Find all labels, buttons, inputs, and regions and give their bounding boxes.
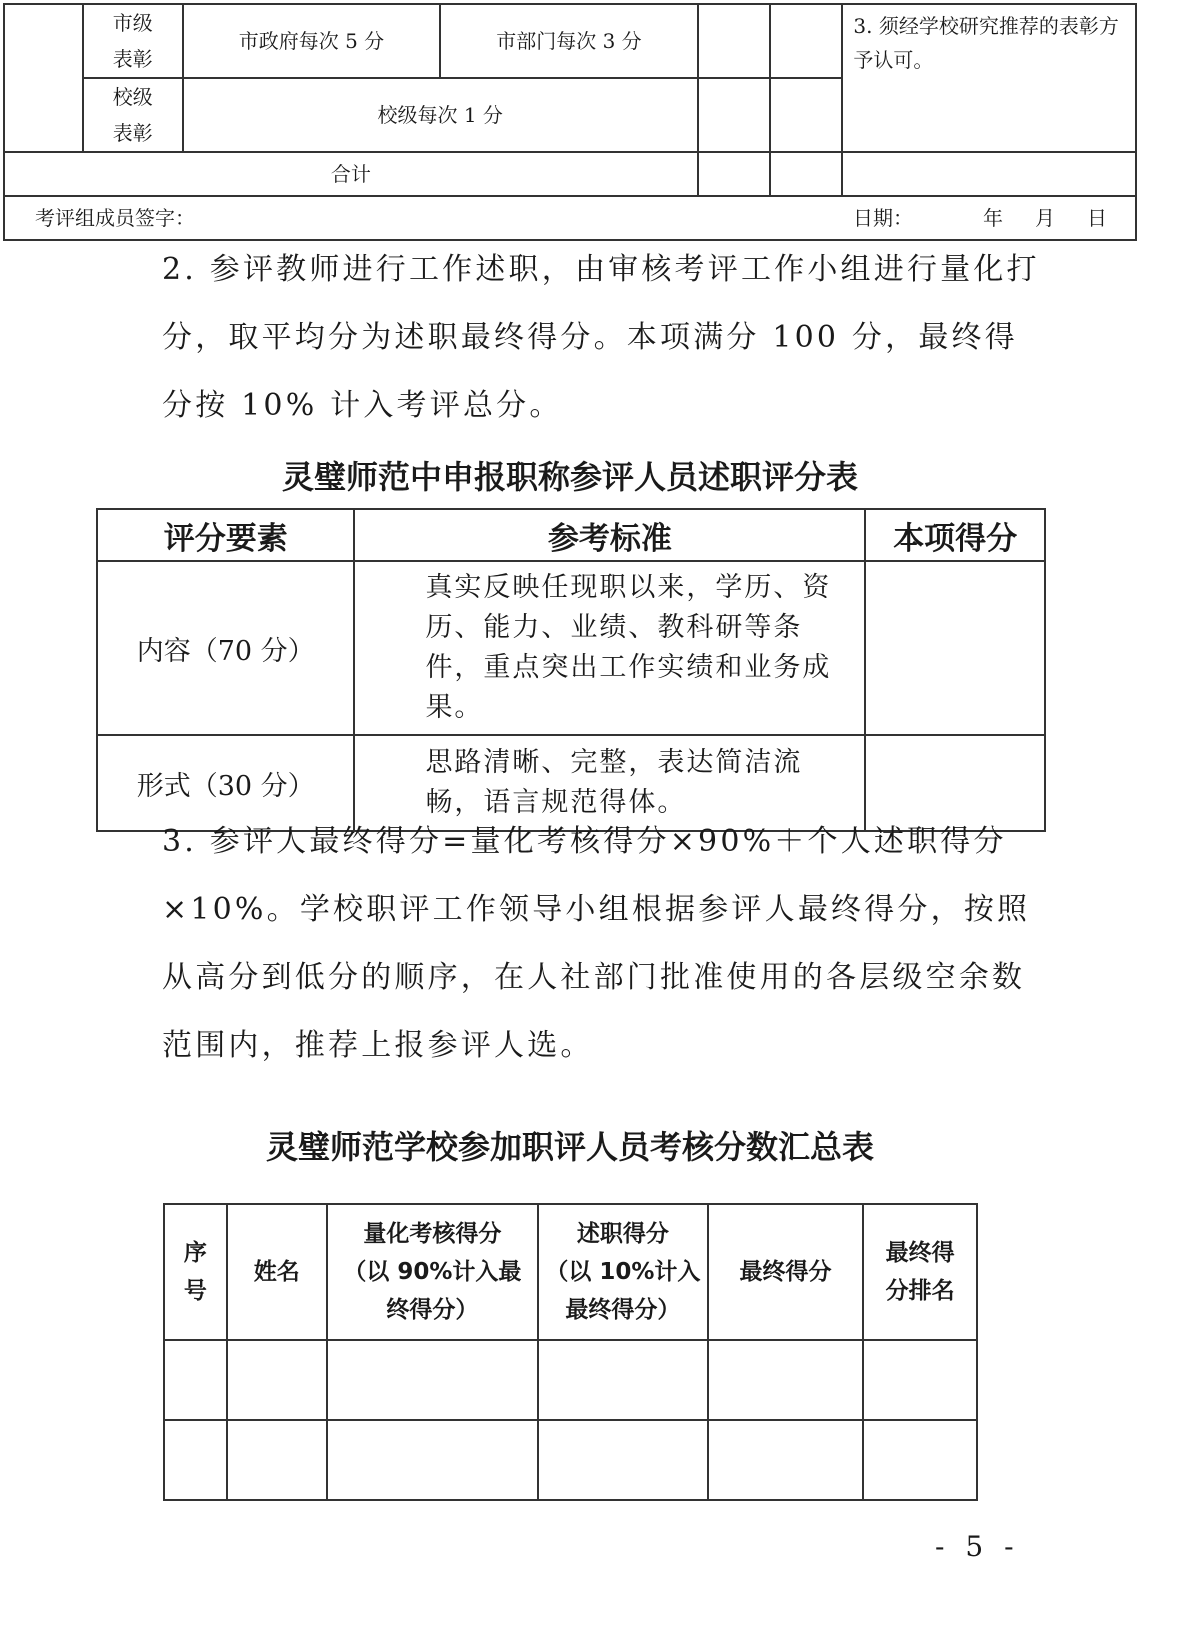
score-input-cell[interactable] <box>770 78 843 152</box>
page-number: - 5 - <box>935 1530 1020 1563</box>
cell-report-score[interactable] <box>538 1340 708 1420</box>
total-label: 合计 <box>4 152 698 196</box>
cell-final-score[interactable] <box>708 1340 864 1420</box>
cell-final-rank[interactable] <box>863 1420 977 1500</box>
table-header-row: 评分要素 参考标准 本项得分 <box>97 509 1045 561</box>
header-standard: 参考标准 <box>354 509 865 561</box>
score-input-cell[interactable] <box>865 561 1045 735</box>
total-input-cell[interactable] <box>770 152 843 196</box>
header-score: 本项得分 <box>865 509 1045 561</box>
score-input-cell[interactable] <box>698 4 770 78</box>
empty-category-cell <box>4 4 83 152</box>
cell-quant-score[interactable] <box>327 1420 538 1500</box>
cell-name[interactable] <box>227 1420 327 1500</box>
cell-final-rank[interactable] <box>863 1340 977 1420</box>
city-government-score: 市政府每次 5 分 <box>183 4 441 78</box>
self-report-score-table: 评分要素 参考标准 本项得分 内容（70 分） 真实反映任现职以来，学历、资历、… <box>96 508 1046 832</box>
note-cell: 3. 须经学校研究推荐的表彰方予认可。 <box>842 4 1136 152</box>
cell-final-score[interactable] <box>708 1420 864 1500</box>
cell-report-score[interactable] <box>538 1420 708 1500</box>
score-summary-table: 序号 姓名 量化考核得分（以 90%计入最终得分） 述职得分（以 10%计入最终… <box>163 1203 978 1501</box>
table-row: 内容（70 分） 真实反映任现职以来，学历、资历、能力、业绩、教科研等条件，重点… <box>97 561 1045 735</box>
school-score: 校级每次 1 分 <box>183 78 698 152</box>
award-scoring-table-continued: 市级 表彰 市政府每次 5 分 市部门每次 3 分 3. 须经学校研究推荐的表彰… <box>3 3 1137 241</box>
cell-serial[interactable] <box>164 1420 227 1500</box>
cell-quant-score[interactable] <box>327 1340 538 1420</box>
header-final-rank: 最终得分排名 <box>863 1204 977 1340</box>
element-content: 内容（70 分） <box>97 561 354 735</box>
standard-content: 真实反映任现职以来，学历、资历、能力、业绩、教科研等条件，重点突出工作实绩和业务… <box>354 561 865 735</box>
table-header-row: 序号 姓名 量化考核得分（以 90%计入最终得分） 述职得分（以 10%计入最终… <box>164 1204 977 1340</box>
paragraph-2: 2. 参评教师进行工作述职，由审核考评工作小组进行量化打分，取平均分为述职最终得… <box>98 236 1044 440</box>
signature-label: 考评组成员签字： <box>35 200 195 236</box>
date-field: 日期：年月日 <box>853 200 1107 236</box>
table-row <box>164 1420 977 1500</box>
header-quant-score: 量化考核得分（以 90%计入最终得分） <box>327 1204 538 1340</box>
header-final-score: 最终得分 <box>708 1204 864 1340</box>
level-label-school: 校级 表彰 <box>83 78 183 152</box>
total-note-cell <box>842 152 1136 196</box>
cell-name[interactable] <box>227 1340 327 1420</box>
table-row: 市级 表彰 市政府每次 5 分 市部门每次 3 分 3. 须经学校研究推荐的表彰… <box>4 4 1136 78</box>
signature-row: 考评组成员签字： 日期：年月日 <box>4 196 1136 240</box>
header-name: 姓名 <box>227 1204 327 1340</box>
score-table-title: 灵璧师范中申报职称参评人员述职评分表 <box>0 452 1140 498</box>
paragraph-3: 3. 参评人最终得分=量化考核得分×90%＋个人述职得分×10%。学校职评工作领… <box>98 808 1044 1080</box>
score-input-cell[interactable] <box>770 4 843 78</box>
total-input-cell[interactable] <box>698 152 770 196</box>
table-row <box>164 1340 977 1420</box>
total-row: 合计 <box>4 152 1136 196</box>
level-label-city: 市级 表彰 <box>83 4 183 78</box>
header-element: 评分要素 <box>97 509 354 561</box>
summary-table-title: 灵璧师范学校参加职评人员考核分数汇总表 <box>0 1122 1140 1168</box>
city-department-score: 市部门每次 3 分 <box>440 4 698 78</box>
header-serial: 序号 <box>164 1204 227 1340</box>
score-input-cell[interactable] <box>698 78 770 152</box>
cell-serial[interactable] <box>164 1340 227 1420</box>
header-report-score: 述职得分（以 10%计入最终得分） <box>538 1204 708 1340</box>
